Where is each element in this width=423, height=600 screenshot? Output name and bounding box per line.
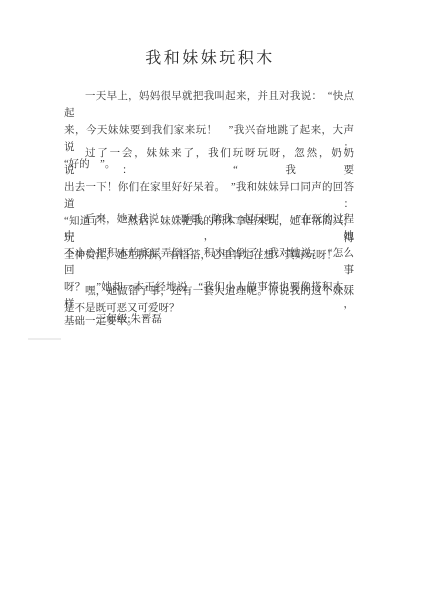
text-line: 出去一下！你们在家里好好呆着。 ”我和妹妹异口同声的回答道： (64, 179, 354, 213)
scan-artifact-line (28, 338, 61, 340)
document-page: 我和妹妹玩积木 一天早上，妈妈很早就把我叫起来，并且对我说： “快点起来，今天妹… (0, 0, 423, 600)
author-signature: 三年级:朱晋磊 (96, 311, 162, 328)
text-line: 后来，她对我说： “哥哥，陪我一起玩吧！ ”在玩的过程中，她 (64, 211, 354, 245)
text-line: 不小心把积木的底层弄倒了，积木全倒了！我对她说： “怎么回事 (64, 245, 354, 279)
text-line: 过了一会，妹妹来了，我们玩呀玩呀，忽然，奶奶说： “我要 (64, 145, 354, 179)
text-line: 嘿，她做错了事，还有一套大道理呢。你说我的这个妹妹 (64, 283, 354, 300)
essay-title: 我和妹妹玩积木 (64, 48, 356, 70)
text-line: 一天早上，妈妈很早就把我叫起来，并且对我说： “快点起 (64, 88, 354, 122)
